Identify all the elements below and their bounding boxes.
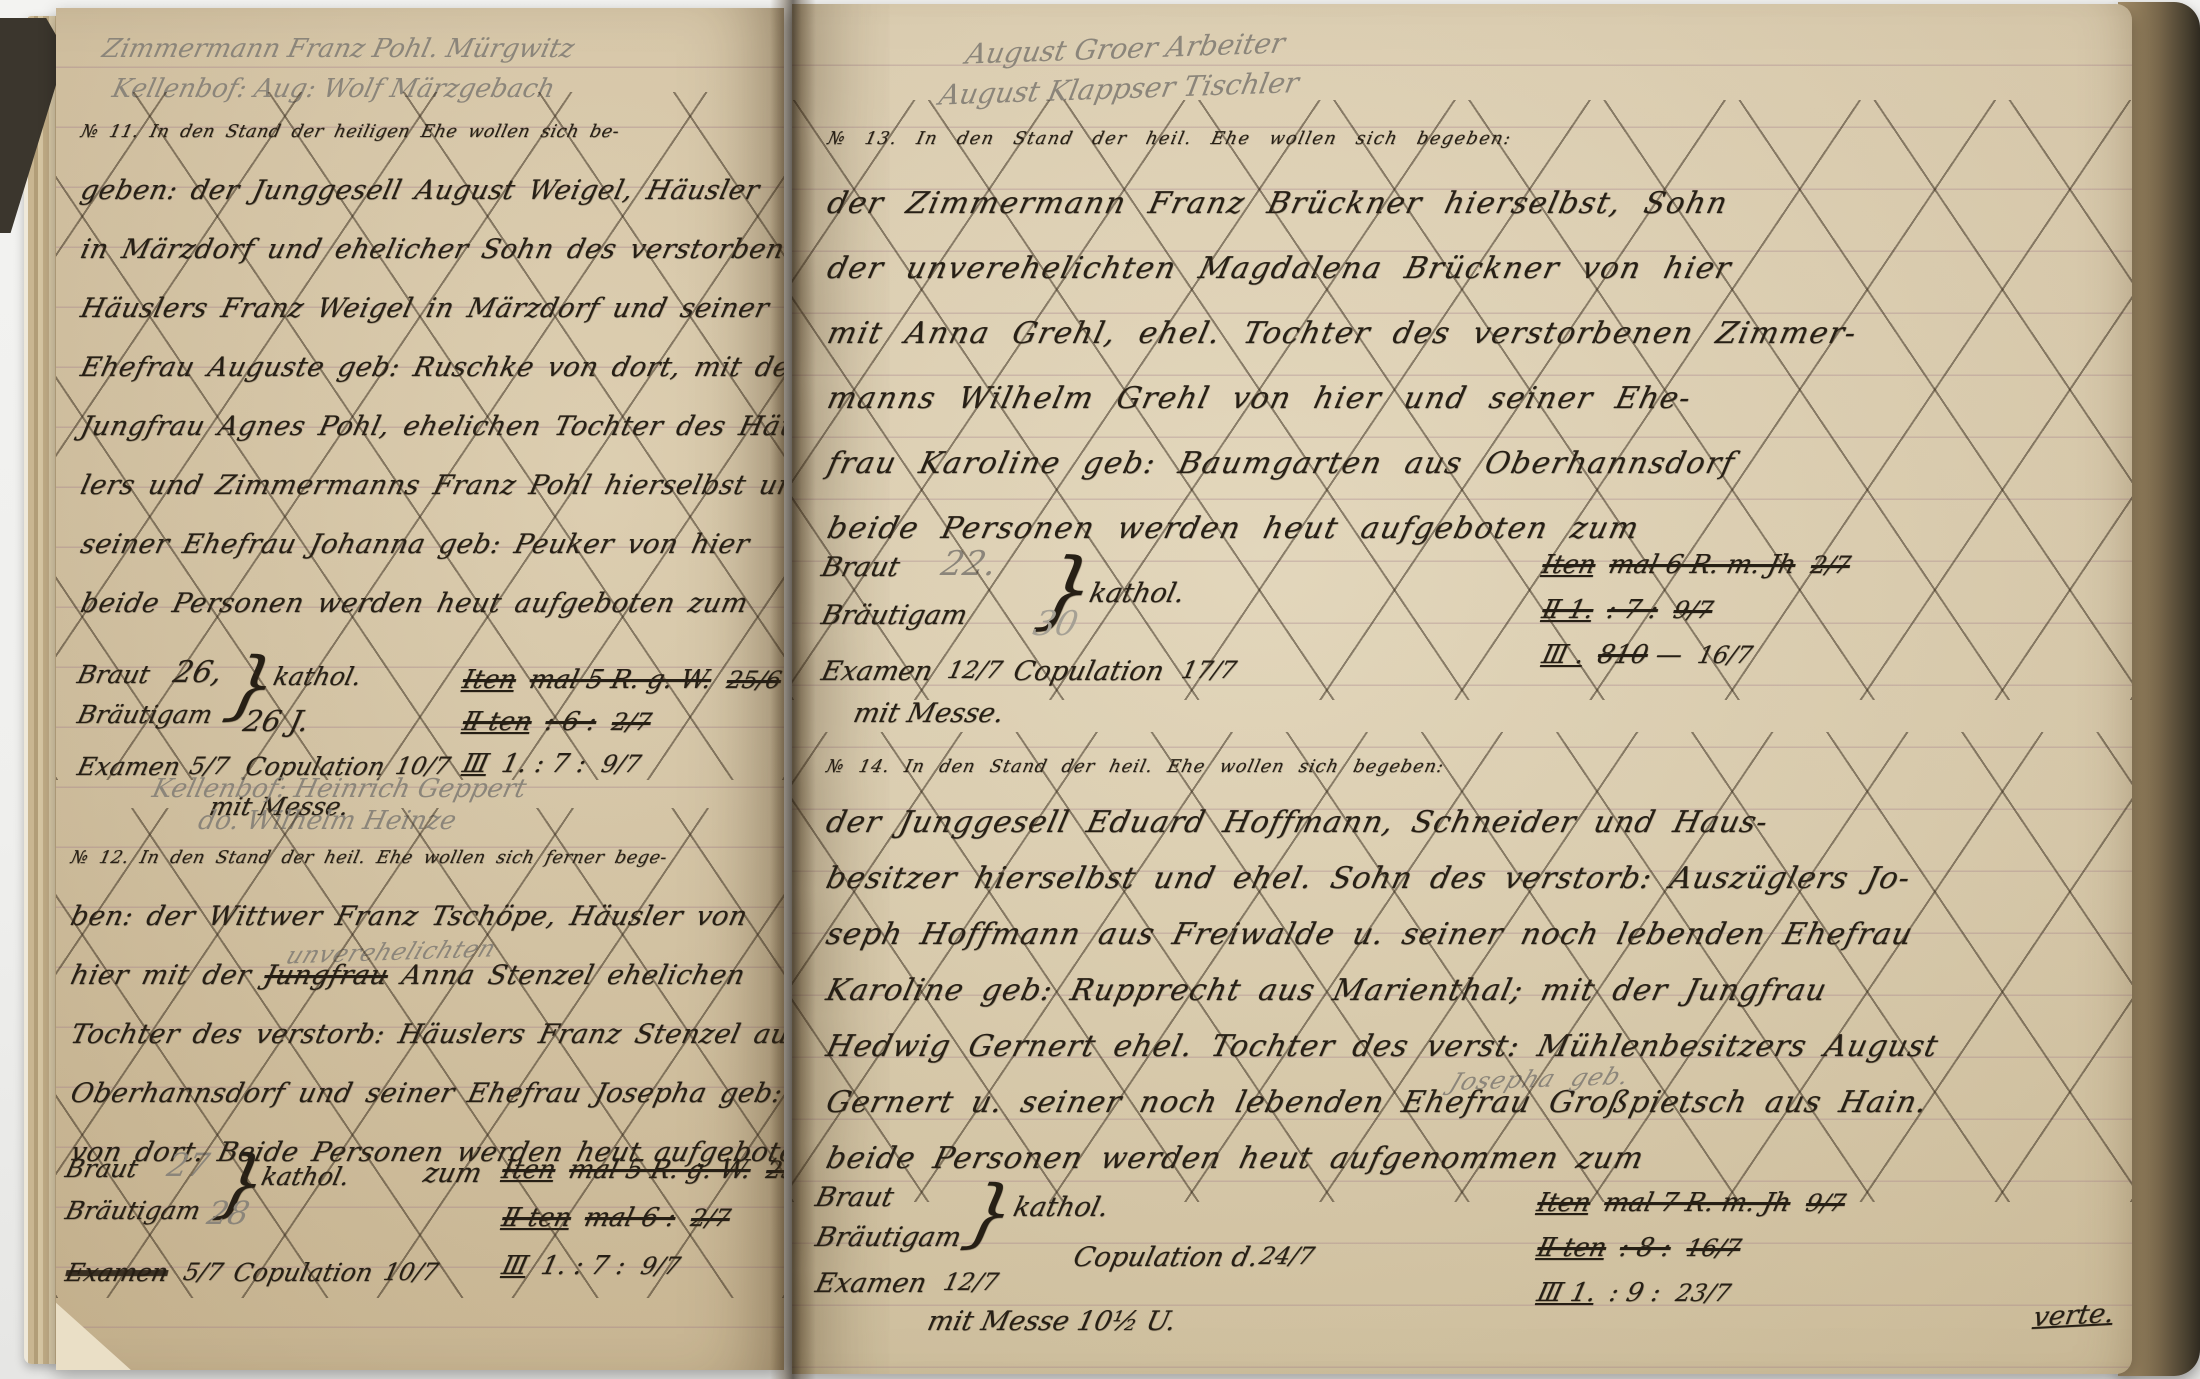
braeutigam-label: Bräutigam (75, 700, 216, 729)
handwriting-line: der Zimmermann Franz Brückner hierselbst… (820, 173, 1864, 238)
braut-label: Braut (63, 1154, 141, 1183)
pencil-annotation-left-top: Zimmermann Franz Pohl. Mürgwitz Kellenbo… (98, 30, 569, 110)
banns-row: Ⅰtenmal 5 R. g. W.25/6 (496, 1150, 784, 1198)
handwriting-line: geben: der Junggesell August Weigel, Häu… (74, 163, 784, 222)
braeutigam-label: Bräutigam (63, 1196, 204, 1225)
handwriting-line: seiner Ehefrau Johanna geb: Peuker von h… (74, 517, 784, 576)
entry-12-banns: Ⅰtenmal 5 R. g. W.25/6 Ⅱ tenmal 6 :2/7 Ⅲ… (496, 1150, 784, 1294)
banns-roman-numeral: Ⅲ 1. (1534, 1278, 1599, 1308)
verte-note: verte. (2031, 1298, 2117, 1333)
right-page: August Groer Arbeiter August Klappser Ti… (792, 4, 2132, 1374)
braeutigam-label: Bräutigam (812, 1222, 964, 1253)
banns-text: mal 5 R. g. W. (566, 1155, 754, 1185)
religion-label: kathol. (1086, 578, 1187, 609)
handwriting-line: Tochter des verstorb: Häuslers Franz Ste… (64, 1007, 784, 1066)
banns-date: 16/7 (1683, 1234, 1743, 1262)
handwriting-line: № 11. In den Stand der heiligen Ehe woll… (74, 104, 784, 163)
handwriting-line: beide Personen werden heut aufgeboten zu… (74, 576, 784, 635)
entry-14-stats: Braut } kathol. Bräutigam Examen 12/7 Co… (816, 1182, 1376, 1357)
entry-13-banns: Ⅰtenmal 6 R. m. Jh2/7 Ⅱ 1.: 7 :9/7 Ⅲ .81… (1537, 544, 1844, 679)
braut-age-pencil: 27 (164, 1146, 213, 1184)
religion-label: kathol. (259, 1162, 353, 1191)
braeutigam-age: 26 J. (240, 704, 313, 738)
braut-label: Braut (75, 660, 153, 689)
banns-date: 9/7 (638, 1252, 683, 1280)
banns-row: Ⅲ1. : 7 :9/7 (496, 1246, 784, 1294)
banns-row: Ⅲ 1.: 9 :23/7 (1532, 1272, 1850, 1317)
handwriting-line: Ehefrau Auguste geb: Ruschke von dort, m… (74, 340, 784, 399)
religion-label: kathol. (271, 662, 365, 691)
copulation-label: Copulation (231, 1258, 376, 1287)
pencil-annotation-right-top: August Groer Arbeiter August Klappser Ti… (961, 24, 1295, 116)
left-page: Zimmermann Franz Pohl. Mürgwitz Kellenbo… (56, 8, 784, 1370)
page-stack-edge (24, 16, 60, 1364)
banns-date: 9/7 (1803, 1189, 1848, 1217)
handwriting-line: der Junggesell Eduard Hoffmann, Schneide… (820, 796, 1944, 852)
examen-date: 12/7 (941, 1268, 1001, 1296)
banns-date: 9/7 (599, 750, 644, 778)
handwriting-line: Oberhannsdorf und seiner Ehefrau Josepha… (64, 1066, 784, 1125)
copulation-label: Copulation d. (1070, 1242, 1261, 1273)
handwriting-line: № 14. In den Stand der heil. Ehe wollen … (820, 740, 1944, 796)
banns-text: mal 7 R. m. Jh (1601, 1188, 1794, 1218)
examen-label: Examen (63, 1258, 172, 1287)
banns-roman-numeral: Ⅲ (499, 1251, 531, 1281)
handwriting-line: Hedwig Gernert ehel. Tochter des verst: … (820, 1020, 1944, 1076)
messe-note: mit Messe 10½ U. (924, 1306, 1179, 1337)
handwriting-line: manns Wilhelm Grehl von hier und seiner … (820, 368, 1864, 433)
handwriting-line: № 13. In den Stand der heil. Ehe wollen … (820, 108, 1864, 173)
banns-roman-numeral: Ⅰten (1539, 550, 1599, 580)
handwriting-line: Häuslers Franz Weigel in Märzdorf und se… (74, 281, 784, 340)
handwriting-line: Gernert u. seiner noch lebenden Ehefrau … (820, 1076, 1944, 1132)
braut-age-pencil: 22. (937, 544, 1000, 584)
braut-label: Braut (818, 552, 902, 583)
banns-row: Ⅱ ten: 8 :16/7 (1532, 1227, 1850, 1272)
banns-text: mal 6 R. m. Jh (1606, 550, 1799, 580)
handwriting-line: Karoline geb: Rupprecht aus Marienthal; … (820, 964, 1944, 1020)
religion-label: kathol. (1010, 1192, 1111, 1223)
braut-label: Braut (812, 1182, 896, 1213)
copulation-date: 17/7 (1179, 656, 1239, 684)
braeutigam-age-pencil: 28 (204, 1194, 253, 1232)
handwriting-line: frau Karoline geb: Baumgarten aus Oberha… (820, 433, 1864, 498)
banns-row: Ⅱ tenmal 6 :2/7 (496, 1198, 784, 1246)
banns-roman-numeral: Ⅱ 1. (1539, 595, 1597, 625)
copulation-date: 10/7 (381, 1258, 441, 1286)
banns-row: Ⅱ ten: 6 :2/7 (458, 702, 784, 744)
entry-no-13: № 13. In den Stand der heil. Ehe wollen … (820, 108, 1849, 563)
braeutigam-age-pencil: 30 (1029, 604, 1082, 644)
pencil-correction: Josepha geb. (1441, 1049, 1639, 1109)
banns-roman-numeral: Ⅰten (460, 665, 520, 695)
pencil-line: Zimmermann Franz Pohl. Mürgwitz (98, 30, 578, 70)
handwriting-line: № 12. In den Stand der heil. Ehe wollen … (64, 830, 784, 889)
banns-date: 2/7 (1808, 551, 1853, 579)
banns-text: : 6 : (542, 707, 600, 737)
banns-row: Ⅰtenmal 7 R. m. Jh9/7 (1532, 1182, 1850, 1227)
entry-14-banns: Ⅰtenmal 7 R. m. Jh9/7 Ⅱ ten: 8 :16/7 Ⅲ 1… (1532, 1182, 1839, 1317)
banns-text: : 7 : (1604, 595, 1662, 625)
entry-12-stats: Braut 27 } kathol. Bräutigam 28 Examen 5… (66, 1154, 486, 1324)
handwriting-line: der unverehelichten Magdalena Brückner v… (820, 238, 1864, 303)
banns-text: : 8 : (1617, 1233, 1675, 1263)
handwriting-line: besitzer hierselbst und ehel. Sohn des v… (820, 852, 1944, 908)
examen-date: 12/7 (945, 656, 1005, 684)
entry-no-14: № 14. In den Stand der heil. Ehe wollen … (820, 740, 1931, 1188)
banns-row: Ⅱ 1.: 7 :9/7 (1537, 589, 1855, 634)
handwriting-line: lers und Zimmermanns Franz Pohl hierselb… (74, 458, 784, 517)
banns-text: mal 6 : (582, 1203, 679, 1233)
messe-note: mit Messe. (850, 698, 1007, 729)
banns-roman-numeral: Ⅰten (1534, 1188, 1594, 1218)
examen-label: Examen (812, 1268, 929, 1299)
handwriting-line: hier mit der Jungfrau Anna Stenzel eheli… (64, 948, 784, 1007)
braeutigam-label: Bräutigam (818, 600, 970, 631)
banns-date: 16/7 (1695, 641, 1755, 669)
entry-13-stats: Braut 22. } kathol. Bräutigam 30 Examen … (822, 552, 1302, 742)
banns-roman-numeral: Ⅲ . (1539, 640, 1588, 670)
handwriting-line: in Märzdorf und ehelicher Sohn des verst… (74, 222, 784, 281)
book-gutter-shadow (770, 0, 816, 1379)
braut-age: 26, (170, 655, 226, 690)
banns-roman-numeral: Ⅱ ten (499, 1203, 574, 1233)
banns-date: 2/7 (609, 708, 654, 736)
banns-text: : 9 : (1606, 1278, 1664, 1308)
copulation-label: Copulation (1010, 656, 1167, 687)
banns-roman-numeral: Ⅱ ten (1534, 1233, 1609, 1263)
entry-11-banns: Ⅰtenmal 5 R. g. W.25/6 Ⅱ ten: 6 :2/7 Ⅲ1.… (458, 660, 776, 786)
banns-row: Ⅰtenmal 6 R. m. Jh2/7 (1537, 544, 1855, 589)
banns-text: 1. : 7 : (538, 1251, 629, 1281)
banns-struck-text: 810 (1595, 640, 1652, 670)
copulation-date: 24/7 (1257, 1242, 1317, 1270)
entry-no-11: № 11. In den Stand der heiligen Ehe woll… (74, 104, 784, 635)
banns-roman-numeral: Ⅰten (499, 1155, 559, 1185)
banns-roman-numeral: Ⅱ ten (460, 707, 535, 737)
scanned-register-spread: Zimmermann Franz Pohl. Mürgwitz Kellenbo… (0, 0, 2200, 1379)
handwriting-line: Jungfrau Agnes Pohl, ehelichen Tochter d… (74, 399, 784, 458)
banns-row: Ⅰtenmal 5 R. g. W.25/6 (458, 660, 784, 702)
examen-date: 5/7 (181, 1258, 226, 1286)
line-text: hier mit der (68, 960, 269, 991)
entry-no-12: № 12. In den Stand der heil. Ehe wollen … (64, 830, 784, 1184)
handwriting-line: seph Hoffmann aus Freiwalde u. seiner no… (820, 908, 1944, 964)
banns-text: mal 5 R. g. W. (526, 665, 714, 695)
examen-label: Examen (818, 656, 935, 687)
banns-date: 2/7 (688, 1204, 733, 1232)
banns-date: 9/7 (1671, 596, 1716, 624)
handwriting-line: mit Anna Grehl, ehel. Tochter des versto… (820, 303, 1864, 368)
pencil-correction: unverehelichten (277, 920, 506, 983)
banns-date: 23/7 (1673, 1279, 1733, 1307)
banns-text: — (1644, 640, 1685, 670)
banns-row: Ⅲ .810 —16/7 (1537, 634, 1855, 679)
